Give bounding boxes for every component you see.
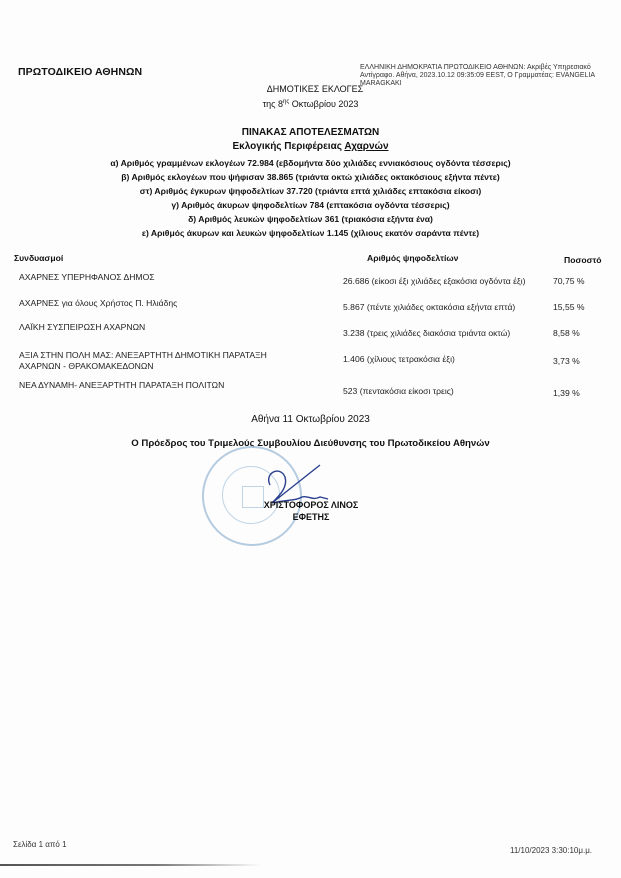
result-percent: 70,75 % <box>553 276 585 286</box>
result-votes: 3.238 (τρεις χιλιάδες διακόσια τριάντα ο… <box>343 328 510 338</box>
district-name: Αχαρνών <box>344 141 388 152</box>
footer-divider <box>0 864 260 866</box>
result-party: ΑΞΙΑ ΣΤΗΝ ΠΟΛΗ ΜΑΣ: ΑΝΕΞΑΡΤΗΤΗ ΔΗΜΟΤΙΚΗ … <box>19 350 267 360</box>
print-timestamp: 11/10/2023 3:30:10μ.μ. <box>510 846 592 855</box>
election-date: της 8ης Οκτωβρίου 2023 <box>0 99 621 109</box>
election-title: ΔΗΜΟΤΙΚΕΣ ΕΚΛΟΓΕΣ <box>250 84 380 94</box>
signer-role: Ο Πρόεδρος του Τριμελούς Συμβουλίου Διεύ… <box>0 438 621 449</box>
court-name: ΠΡΩΤΟΔΙΚΕΙΟ ΑΘΗΝΩΝ <box>18 66 142 78</box>
result-percent: 15,55 % <box>553 302 585 312</box>
result-party: ΑΧΑΡΝΕΣ ΥΠΕΡΗΦΑΝΟΣ ΔΗΜΟΣ <box>19 272 155 282</box>
result-percent: 8,58 % <box>553 328 580 338</box>
result-party: ΑΧΑΡΝΕΣ για όλους Χρήστος Π. Ηλιάδης <box>19 298 177 308</box>
stat-voted: β) Αριθμός εκλογέων που ψήφισαν 38.865 (… <box>0 172 621 182</box>
certification-stamp-text: ΕΛΛΗΝΙΚΗ ΔΗΜΟΚΡΑΤΙΑ ΠΡΩΤΟΔΙΚΕΙΟ ΑΘΗΝΩΝ: … <box>360 64 615 88</box>
result-percent: 1,39 % <box>553 388 580 398</box>
col-header-combinations: Συνδυασμοί <box>14 253 63 263</box>
stat-registered: α) Αριθμός γραμμένων εκλογέων 72.984 (εβ… <box>0 158 621 168</box>
signing-place-date: Αθήνα 11 Οκτωβρίου 2023 <box>0 414 621 425</box>
signer-name: ΧΡΙΣΤΟΦΟΡΟΣ ΛΙΝΟΣ <box>256 500 366 510</box>
stat-invalid-blank: ε) Αριθμός άκυρων και λευκών ψηφοδελτίων… <box>0 228 621 238</box>
result-votes: 5.867 (πέντε χιλιάδες οκτακόσια εξήντα ε… <box>343 302 515 312</box>
result-party: ΛΑΪΚΗ ΣΥΣΠΕΙΡΩΣΗ ΑΧΑΡΝΩΝ <box>19 322 145 332</box>
results-table-title: ΠΙΝΑΚΑΣ ΑΠΟΤΕΛΕΣΜΑΤΩΝ <box>0 127 621 138</box>
stat-invalid: γ) Αριθμός άκυρων ψηφοδελτίων 784 (επτακ… <box>0 200 621 210</box>
page-number: Σελίδα 1 από 1 <box>13 840 67 849</box>
result-votes: 26.686 (είκοσι έξι χιλιάδες εξακόσια ογδ… <box>343 276 526 286</box>
col-header-votes: Αριθμός ψηφοδελτίων <box>367 253 458 263</box>
stat-valid: στ) Αριθμός έγκυρων ψηφοδελτίων 37.720 (… <box>0 186 621 196</box>
result-votes: 523 (πεντακόσια είκοσι τρεις) <box>343 386 454 396</box>
result-party: ΝΕΑ ΔΥΝΑΜΗ- ΑΝΕΞΑΡΤΗΤΗ ΠΑΡΑΤΑΞΗ ΠΟΛΙΤΩΝ <box>19 380 224 390</box>
stat-blank: δ) Αριθμός λευκών ψηφοδελτίων 361 (τριακ… <box>0 214 621 224</box>
col-header-percent: Ποσοστό <box>564 255 602 265</box>
result-votes: 1.406 (χίλιους τετρακόσια έξι) <box>343 354 455 364</box>
result-percent: 3,73 % <box>553 356 580 366</box>
signer-title: ΕΦΕΤΗΣ <box>256 512 366 522</box>
result-party-line2: ΑΧΑΡΝΩΝ - ΘΡΑΚΟΜΑΚΕΔΟΝΩΝ <box>19 361 154 371</box>
district-subtitle: Εκλογικής Περιφέρειας Αχαρνών <box>0 141 621 152</box>
